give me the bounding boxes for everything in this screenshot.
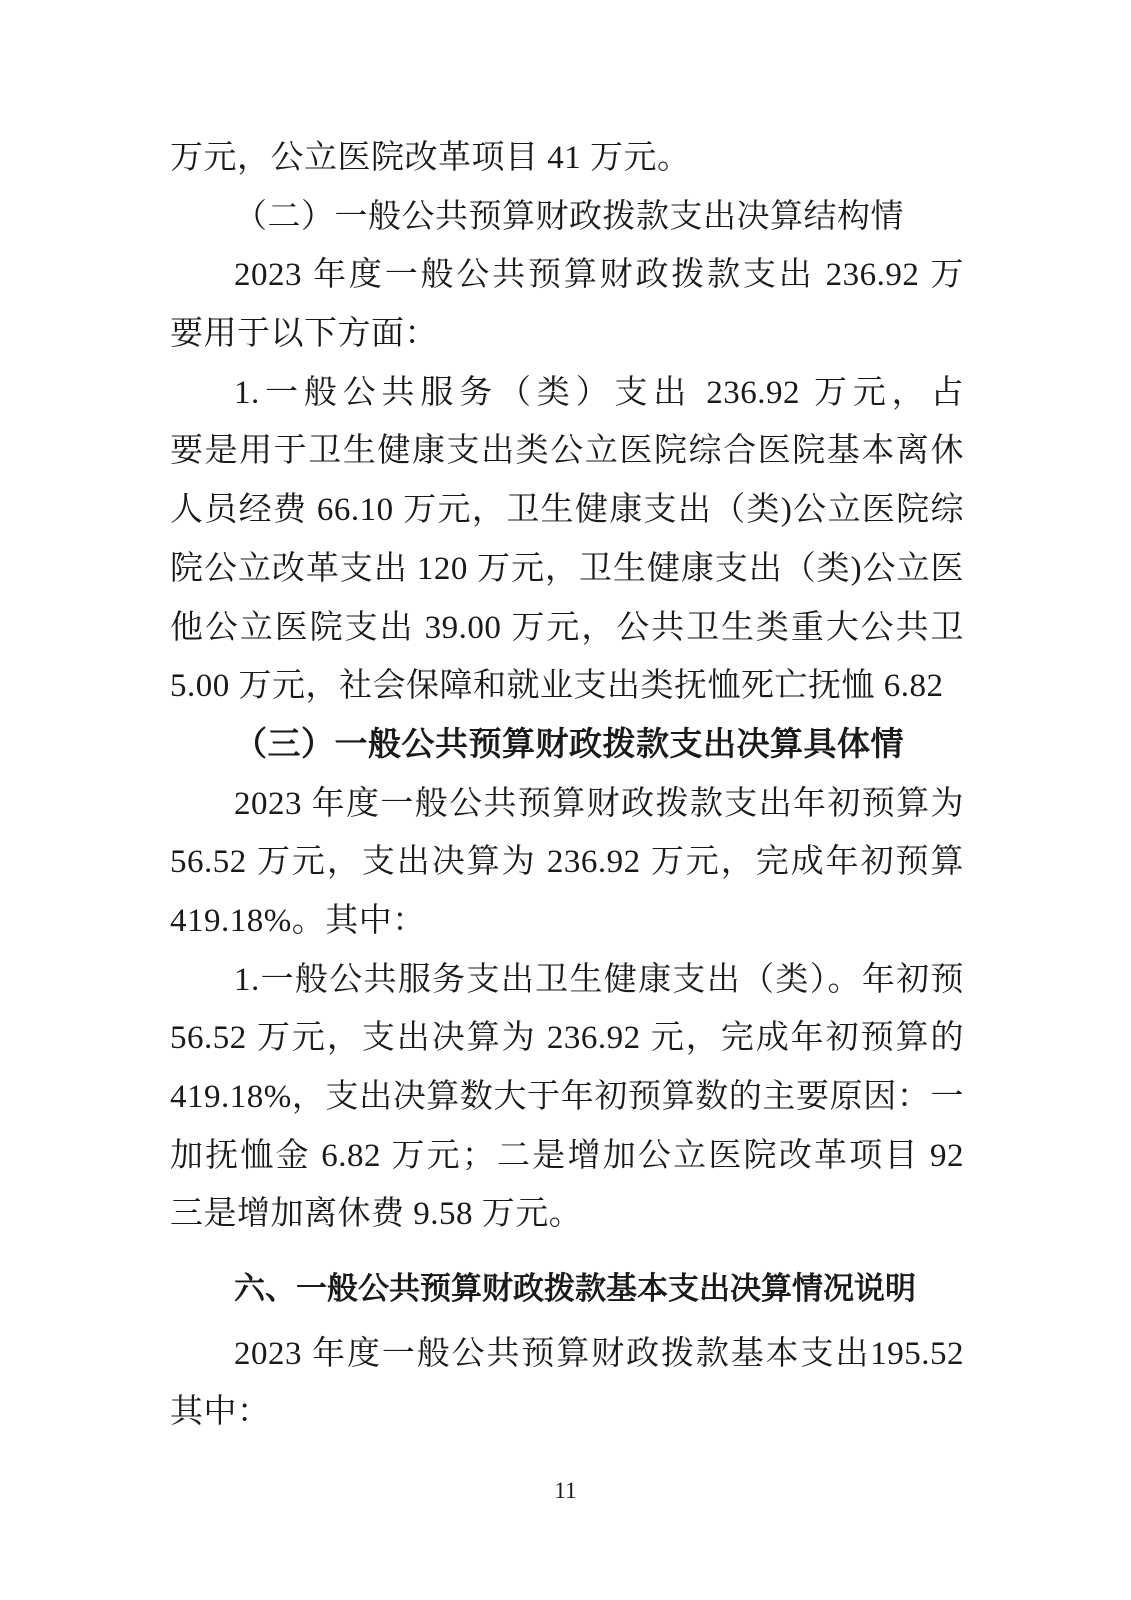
text-line: 他公立医院支出 39.00 万元，公共卫生类重大公共卫生服务 [170,599,964,658]
text-line: 419.18%，支出决算数大于年初预算数的主要原因：一是增 [170,1068,964,1127]
text-line: 三是增加离休费 9.58 万元。 [170,1185,964,1244]
text-line: 要是用于卫生健康支出类公立医院综合医院基本离休干部 [170,422,964,481]
text-line: （三）一般公共预算财政拨款支出决算具体情况。 [170,716,964,775]
document-body: 万元，公立医院改革项目 41 万元。（二）一般公共预算财政拨款支出决算结构情况。… [170,129,964,1442]
text-line: 419.18%。其中： [170,892,964,951]
text-line: （二）一般公共预算财政拨款支出决算结构情况。 [170,188,964,247]
text-line: 5.00 万元，社会保障和就业支出类抚恤死亡抚恤 6.82 万元。 [170,657,964,716]
text-line: 其中： [170,1383,964,1442]
text-line: 加抚恤金 6.82 万元；二是增加公立医院改革项目 92 万元； [170,1127,964,1186]
text-line: 56.52 万元，支出决算为 236.92 元，完成年初预算的 [170,1009,964,1068]
text-line: 1.一般公共服务支出卫生健康支出（类）。年初预算为 [170,951,964,1010]
page-footer: 11 [0,1477,1131,1505]
text-line: 1.一般公共服务（类）支出 236.92 万元，占 100%。主 [170,364,964,423]
text-line: 院公立改革支出 120 万元，卫生健康支出（类)公立医院其 [170,540,964,599]
text-line: 人员经费 66.10 万元，卫生健康支出（类)公立医院综合医 [170,481,964,540]
document-page: 万元，公立医院改革项目 41 万元。（二）一般公共预算财政拨款支出决算结构情况。… [0,0,1131,1600]
section-heading: 六、一般公共预算财政拨款基本支出决算情况说明 [170,1260,964,1319]
text-line: 要用于以下方面： [170,305,964,364]
text-line: 2023 年度一般公共预算财政拨款支出年初预算为 [170,775,964,834]
text-line: 56.52 万元，支出决算为 236.92 万元，完成年初预算的 [170,833,964,892]
text-line: 2023 年度一般公共预算财政拨款基本支出195.52万元， [170,1325,964,1384]
text-line: 2023 年度一般公共预算财政拨款支出 236.92 万元，主 [170,246,964,305]
text-line: 万元，公立医院改革项目 41 万元。 [170,129,964,188]
page-number: 11 [554,1478,576,1503]
